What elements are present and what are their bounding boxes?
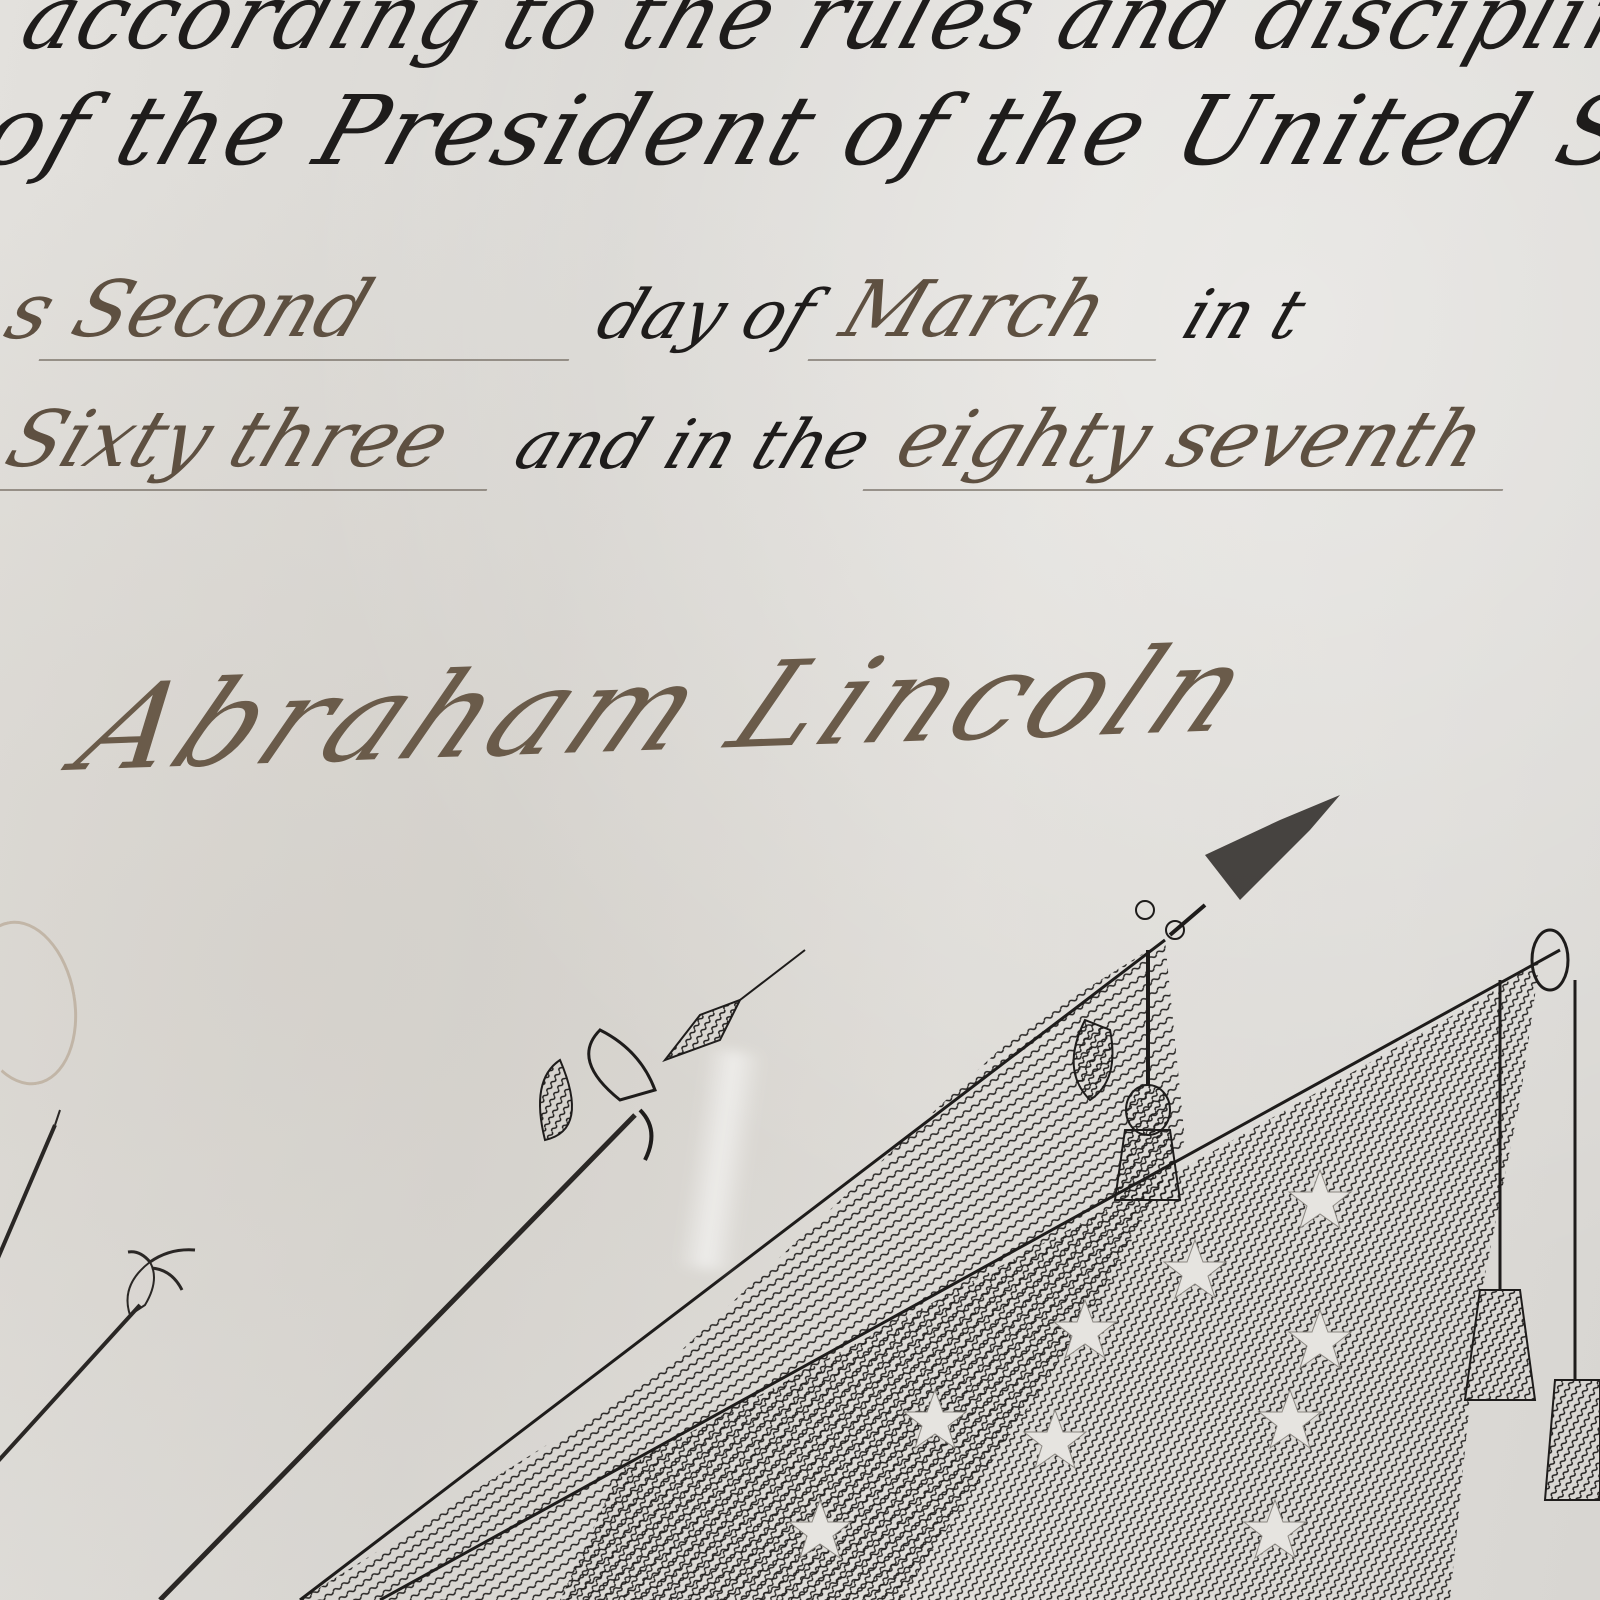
lily-pike-icon	[0, 1250, 195, 1470]
trophy-of-arms-engraving	[0, 0, 1600, 1600]
starred-flag-icon	[380, 950, 1560, 1600]
flag-pole-finial-icon	[1136, 795, 1340, 939]
spear-icon	[0, 1110, 60, 1300]
